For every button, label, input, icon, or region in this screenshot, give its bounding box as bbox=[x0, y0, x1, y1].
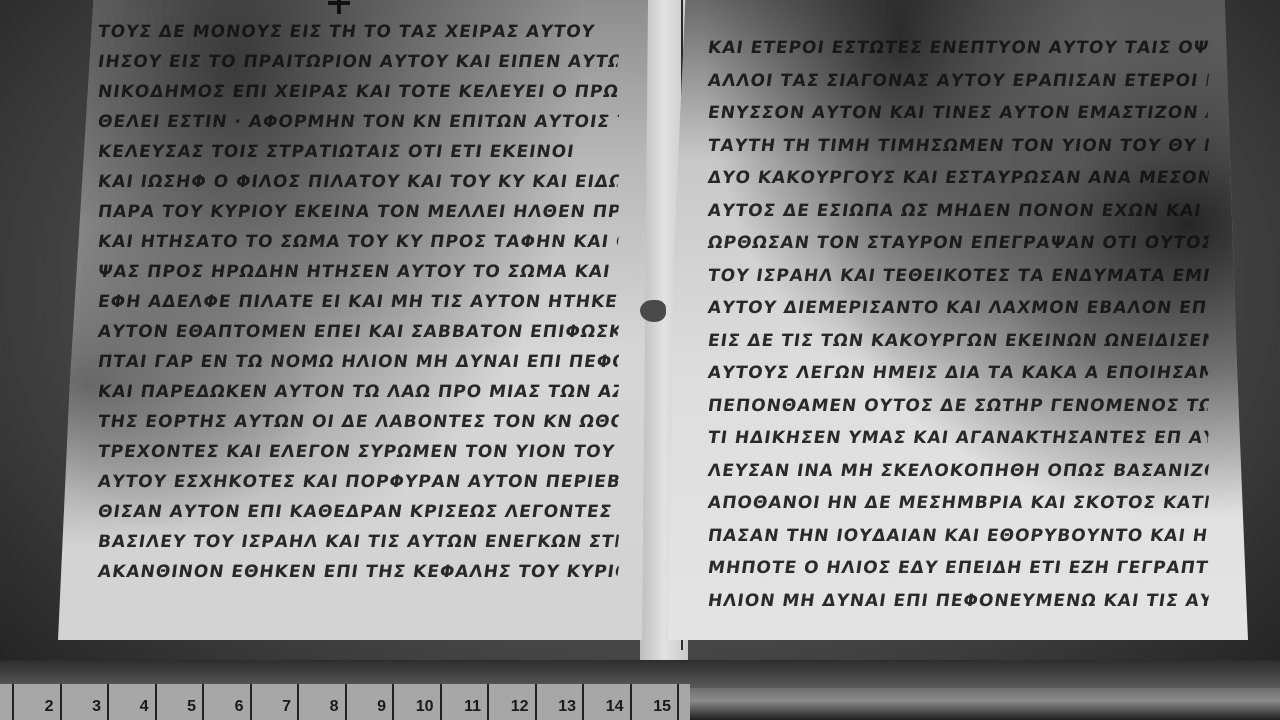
ruler-tick: 5 bbox=[157, 684, 205, 720]
ruler-tick: 13 bbox=[537, 684, 585, 720]
manuscript-line: ΤΙ ΗΔΙΚΗΣΕΝ ΥΜΑΣ ΚΑΙ ΑΓΑΝΑΚΤΗΣΑΝΤΕΣ ΕΠ Α… bbox=[707, 428, 1210, 448]
scale-ruler: 23456789101112131415 bbox=[0, 684, 690, 720]
manuscript-line: ΚΕΛΕΥΣΑΣ ΤΟΙΣ ΣΤΡΑΤΙΩΤΑΙΣ ΟΤΙ ΕΤΙ ΕΚΕΙΝΟ… bbox=[97, 142, 620, 162]
ruler-tick bbox=[0, 684, 14, 720]
manuscript-line: ΠΕΠΟΝΘΑΜΕΝ ΟΥΤΟΣ ΔΕ ΣΩΤΗΡ ΓΕΝΟΜΕΝΟΣ ΤΩΝ … bbox=[707, 396, 1210, 416]
manuscript-line: ΑΠΟΘΑΝΟΙ ΗΝ ΔΕ ΜΕΣΗΜΒΡΙΑ ΚΑΙ ΣΚΟΤΟΣ ΚΑΤΕ… bbox=[707, 493, 1210, 513]
manuscript-line: ΙΗΣΟΥ ΕΙΣ ΤΟ ΠΡΑΙΤΩΡΙΟΝ ΑΥΤΟΥ ΚΑΙ ΕΙΠΕΝ … bbox=[97, 52, 620, 72]
manuscript-line: ΑΥΤΟΥ ΕΣΧΗΚΟΤΕΣ ΚΑΙ ΠΟΡΦΥΡΑΝ ΑΥΤΟΝ ΠΕΡΙΕ… bbox=[97, 472, 620, 492]
manuscript-line: ΛΕΥΣΑΝ ΙΝΑ ΜΗ ΣΚΕΛΟΚΟΠΗΘΗ ΟΠΩΣ ΒΑΣΑΝΙΖΟΜ… bbox=[707, 461, 1210, 481]
manuscript-line: ΕΦΗ ΑΔΕΛΦΕ ΠΙΛΑΤΕ ΕΙ ΚΑΙ ΜΗ ΤΙΣ ΑΥΤΟΝ ΗΤ… bbox=[97, 292, 620, 312]
manuscript-line: ΠΑΡΑ ΤΟΥ ΚΥΡΙΟΥ ΕΚΕΙΝΑ ΤΟΝ ΜΕΛΛΕΙ ΗΛΘΕΝ … bbox=[97, 202, 620, 222]
manuscript-left-page: ΤΟΥΣ ΔΕ ΜΟΝΟΥΣ ΕΙΣ ΤΗ ΤΟ ΤΑΣ ΧΕΙΡΑΣ ΑΥΤΟ… bbox=[58, 0, 648, 640]
cross-mark-icon bbox=[328, 0, 350, 14]
manuscript-line: ΔΥΟ ΚΑΚΟΥΡΓΟΥΣ ΚΑΙ ΕΣΤΑΥΡΩΣΑΝ ΑΝΑ ΜΕΣΟΝ … bbox=[707, 168, 1210, 188]
ruler-tick: 15 bbox=[632, 684, 680, 720]
manuscript-line: ΑΛΛΟΙ ΤΑΣ ΣΙΑΓΟΝΑΣ ΑΥΤΟΥ ΕΡΑΠΙΣΑΝ ΕΤΕΡΟΙ… bbox=[707, 71, 1210, 91]
manuscript-line: ΤΡΕΧΟΝΤΕΣ ΚΑΙ ΕΛΕΓΟΝ ΣΥΡΩΜΕΝ ΤΟΝ ΥΙΟΝ ΤΟ… bbox=[97, 442, 620, 462]
manuscript-line: ΩΡΘΩΣΑΝ ΤΟΝ ΣΤΑΥΡΟΝ ΕΠΕΓΡΑΨΑΝ ΟΤΙ ΟΥΤΟΣ … bbox=[707, 233, 1210, 253]
manuscript-line: ΑΚΑΝΘΙΝΟΝ ΕΘΗΚΕΝ ΕΠΙ ΤΗΣ ΚΕΦΑΛΗΣ ΤΟΥ ΚΥΡ… bbox=[97, 562, 620, 582]
manuscript-line: ΝΙΚΟΔΗΜΟΣ ΕΠΙ ΧΕΙΡΑΣ ΚΑΙ ΤΟΤΕ ΚΕΛΕΥΕΙ Ο … bbox=[97, 82, 620, 102]
table-edge bbox=[690, 688, 1280, 720]
manuscript-line: ΤΟΥ ΙΣΡΑΗΛ ΚΑΙ ΤΕΘΕΙΚΟΤΕΣ ΤΑ ΕΝΔΥΜΑΤΑ ΕΜ… bbox=[707, 266, 1210, 286]
ruler-tick: 4 bbox=[109, 684, 157, 720]
manuscript-line: ΑΥΤΟΝ ΕΘΑΠΤΟΜΕΝ ΕΠΕΙ ΚΑΙ ΣΑΒΒΑΤΟΝ ΕΠΙΦΩΣ… bbox=[97, 322, 620, 342]
ruler-tick: 14 bbox=[584, 684, 632, 720]
manuscript-line: ΗΛΙΟΝ ΜΗ ΔΥΝΑΙ ΕΠΙ ΠΕΦΟΝΕΥΜΕΝΩ ΚΑΙ ΤΙΣ Α… bbox=[707, 591, 1210, 611]
ruler-tick: 10 bbox=[394, 684, 442, 720]
manuscript-right-page: ΚΑΙ ΕΤΕΡΟΙ ΕΣΤΩΤΕΣ ΕΝΕΠΤΥΟΝ ΑΥΤΟΥ ΤΑΙΣ Ο… bbox=[668, 0, 1248, 640]
ruler-tick: 6 bbox=[204, 684, 252, 720]
manuscript-line: ΚΑΙ ΙΩΣΗΦ Ο ΦΙΛΟΣ ΠΙΛΑΤΟΥ ΚΑΙ ΤΟΥ ΚΥ ΚΑΙ… bbox=[97, 172, 620, 192]
manuscript-line: ΜΗΠΟΤΕ Ο ΗΛΙΟΣ ΕΔΥ ΕΠΕΙΔΗ ΕΤΙ ΕΖΗ ΓΕΓΡΑΠ… bbox=[707, 558, 1210, 578]
manuscript-line: ΘΕΛΕΙ ΕΣΤΙΝ · ΑΦΟΡΜΗΝ ΤΟΝ ΚΝ ΕΠΙΤΩΝ ΑΥΤΟ… bbox=[97, 112, 620, 132]
manuscript-line: ΠΑΣΑΝ ΤΗΝ ΙΟΥΔΑΙΑΝ ΚΑΙ ΕΘΟΡΥΒΟΥΝΤΟ ΚΑΙ Η… bbox=[707, 526, 1210, 546]
manuscript-line: ΚΑΙ ΕΤΕΡΟΙ ΕΣΤΩΤΕΣ ΕΝΕΠΤΥΟΝ ΑΥΤΟΥ ΤΑΙΣ Ο… bbox=[707, 38, 1210, 58]
ruler-tick: 8 bbox=[299, 684, 347, 720]
manuscript-line: ΤΑΥΤΗ ΤΗ ΤΙΜΗ ΤΙΜΗΣΩΜΕΝ ΤΟΝ ΥΙΟΝ ΤΟΥ ΘΥ … bbox=[707, 136, 1210, 156]
manuscript-line: ΤΗΣ ΕΟΡΤΗΣ ΑΥΤΩΝ ΟΙ ΔΕ ΛΑΒΟΝΤΕΣ ΤΟΝ ΚΝ Ω… bbox=[97, 412, 620, 432]
manuscript-line: ΕΝΥΣΣΟΝ ΑΥΤΟΝ ΚΑΙ ΤΙΝΕΣ ΑΥΤΟΝ ΕΜΑΣΤΙΖΟΝ … bbox=[707, 103, 1210, 123]
ruler-tick: 12 bbox=[489, 684, 537, 720]
manuscript-line: ΒΑΣΙΛΕΥ ΤΟΥ ΙΣΡΑΗΛ ΚΑΙ ΤΙΣ ΑΥΤΩΝ ΕΝΕΓΚΩΝ… bbox=[97, 532, 620, 552]
ruler-tick: 3 bbox=[62, 684, 110, 720]
manuscript-line: ΑΥΤΟΣ ΔΕ ΕΣΙΩΠΑ ΩΣ ΜΗΔΕΝ ΠΟΝΟΝ ΕΧΩΝ ΚΑΙ … bbox=[707, 201, 1210, 221]
manuscript-line: ΘΙΣΑΝ ΑΥΤΟΝ ΕΠΙ ΚΑΘΕΔΡΑΝ ΚΡΙΣΕΩΣ ΛΕΓΟΝΤΕ… bbox=[97, 502, 620, 522]
manuscript-line: ΚΑΙ ΗΤΗΣΑΤΟ ΤΟ ΣΩΜΑ ΤΟΥ ΚΥ ΠΡΟΣ ΤΑΦΗΝ ΚΑ… bbox=[97, 232, 620, 252]
manuscript-line: ΑΥΤΟΥΣ ΛΕΓΩΝ ΗΜΕΙΣ ΔΙΑ ΤΑ ΚΑΚΑ Α ΕΠΟΙΗΣΑ… bbox=[707, 363, 1210, 383]
manuscript-line: ΨΑΣ ΠΡΟΣ ΗΡΩΔΗΝ ΗΤΗΣΕΝ ΑΥΤΟΥ ΤΟ ΣΩΜΑ ΚΑΙ… bbox=[97, 262, 620, 282]
ruler-tick: 11 bbox=[442, 684, 490, 720]
ruler-tick: 9 bbox=[347, 684, 395, 720]
ruler-tick: 7 bbox=[252, 684, 300, 720]
manuscript-line: ΤΟΥΣ ΔΕ ΜΟΝΟΥΣ ΕΙΣ ΤΗ ΤΟ ΤΑΣ ΧΕΙΡΑΣ ΑΥΤΟ… bbox=[97, 22, 620, 42]
ruler-tick: 2 bbox=[14, 684, 62, 720]
ink-blot bbox=[640, 300, 666, 322]
manuscript-line: ΑΥΤΟΥ ΔΙΕΜΕΡΙΣΑΝΤΟ ΚΑΙ ΛΑΧΜΟΝ ΕΒΑΛΟΝ ΕΠ … bbox=[707, 298, 1210, 318]
manuscript-line: ΠΤΑΙ ΓΑΡ ΕΝ ΤΩ ΝΟΜΩ ΗΛΙΟΝ ΜΗ ΔΥΝΑΙ ΕΠΙ Π… bbox=[97, 352, 620, 372]
manuscript-line: ΕΙΣ ΔΕ ΤΙΣ ΤΩΝ ΚΑΚΟΥΡΓΩΝ ΕΚΕΙΝΩΝ ΩΝΕΙΔΙΣ… bbox=[707, 331, 1210, 351]
manuscript-line: ΚΑΙ ΠΑΡΕΔΩΚΕΝ ΑΥΤΟΝ ΤΩ ΛΑΩ ΠΡΟ ΜΙΑΣ ΤΩΝ … bbox=[97, 382, 620, 402]
